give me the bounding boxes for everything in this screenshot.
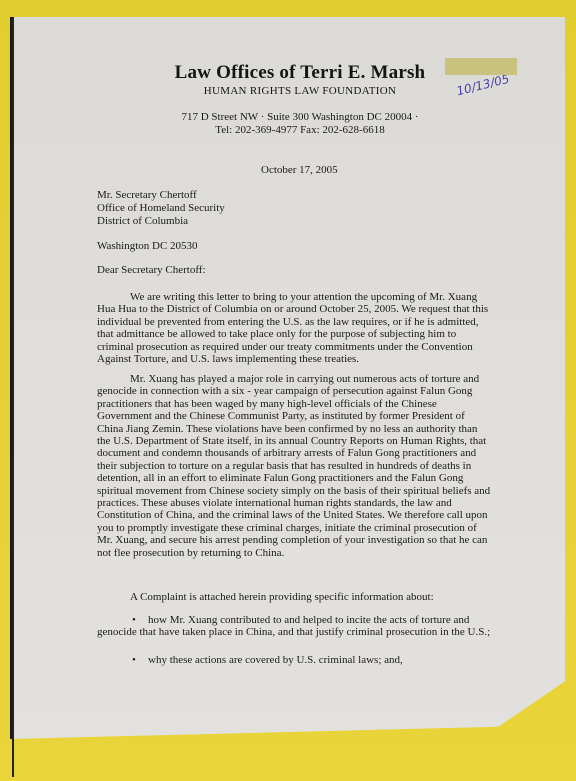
text-line: Mr. Xuang, and secure his arrest pending… bbox=[97, 534, 527, 546]
address-line: 717 D Street NW · Suite 300 Washington D… bbox=[150, 111, 450, 124]
recipient-line: District of Columbia bbox=[97, 215, 225, 228]
recipient-line: Office of Homeland Security bbox=[97, 202, 225, 215]
text-line: Hua Hua to the District of Columbia on o… bbox=[97, 303, 527, 315]
handwritten-annotation: 10/13/05 bbox=[448, 40, 548, 110]
text-line: criminal prosecution as required under o… bbox=[97, 341, 527, 353]
text-line: Constitution of China, and the criminal … bbox=[97, 509, 527, 521]
bullet-icon: • bbox=[97, 654, 148, 666]
text-line: practitioners that has been waged by man… bbox=[97, 398, 527, 410]
text-line: detention, all in an effort to eliminate… bbox=[97, 472, 527, 484]
text-line: Government and the Chinese Communist Par… bbox=[97, 410, 527, 422]
text-line: China Jiang Zemin. These violations have… bbox=[97, 423, 527, 435]
text-line: not flee prosecution by returning to Chi… bbox=[97, 547, 527, 559]
text-line: why these actions are covered by U.S. cr… bbox=[148, 654, 403, 666]
foundation-name: HUMAN RIGHTS LAW FOUNDATION bbox=[150, 85, 450, 98]
recipient-block: Mr. Secretary Chertoff Office of Homelan… bbox=[97, 189, 225, 228]
text-line: genocide in connection with a six - year… bbox=[97, 385, 527, 397]
bullet-item: •how Mr. Xuang contributed to and helped… bbox=[97, 614, 527, 639]
paragraph-2: Mr. Xuang has played a major role in car… bbox=[97, 373, 527, 559]
text-line: practices. These abuses violate internat… bbox=[97, 497, 527, 509]
salutation: Dear Secretary Chertoff: bbox=[97, 264, 206, 276]
text-line: A Complaint is attached herein providing… bbox=[97, 591, 527, 603]
text-line: We are writing this letter to bring to y… bbox=[97, 291, 527, 303]
paragraph-3: A Complaint is attached herein providing… bbox=[97, 591, 527, 603]
text-line: the U.S. Department of State itself, in … bbox=[97, 435, 527, 447]
text-line: document and condemn thousands of arbitr… bbox=[97, 447, 527, 459]
letterhead: Law Offices of Terri E. Marsh HUMAN RIGH… bbox=[150, 62, 450, 98]
bullet-icon: • bbox=[97, 614, 148, 626]
recipient-line: Mr. Secretary Chertoff bbox=[97, 189, 225, 202]
text-line: Mr. Xuang has played a major role in car… bbox=[97, 373, 527, 385]
text-line: you to promptly investigate these crimin… bbox=[97, 522, 527, 534]
paragraph-1: We are writing this letter to bring to y… bbox=[97, 291, 527, 365]
letter-date: October 17, 2005 bbox=[261, 164, 338, 176]
text-line: that admittance be allowed to take place… bbox=[97, 328, 527, 340]
firm-name: Law Offices of Terri E. Marsh bbox=[150, 62, 450, 84]
text-line: their subjection to torture on a regular… bbox=[97, 460, 527, 472]
page-edge-shadow bbox=[12, 17, 14, 777]
text-line: Against Torture, and U.S. laws implement… bbox=[97, 353, 527, 365]
phone-fax-line: Tel: 202-369-4977 Fax: 202-628-6618 bbox=[150, 124, 450, 137]
annotation-date: 10/13/05 bbox=[455, 72, 511, 99]
text-line: spiritual movement from Chinese society … bbox=[97, 485, 527, 497]
text-line: individual be prevented from entering th… bbox=[97, 316, 527, 328]
text-line: genocide that have taken place in China,… bbox=[97, 626, 527, 638]
bullet-item: •why these actions are covered by U.S. c… bbox=[97, 654, 527, 666]
letterhead-contact: 717 D Street NW · Suite 300 Washington D… bbox=[150, 111, 450, 137]
redaction-box bbox=[445, 58, 517, 75]
text-line: how Mr. Xuang contributed to and helped … bbox=[148, 614, 469, 626]
recipient-city: Washington DC 20530 bbox=[97, 240, 198, 252]
